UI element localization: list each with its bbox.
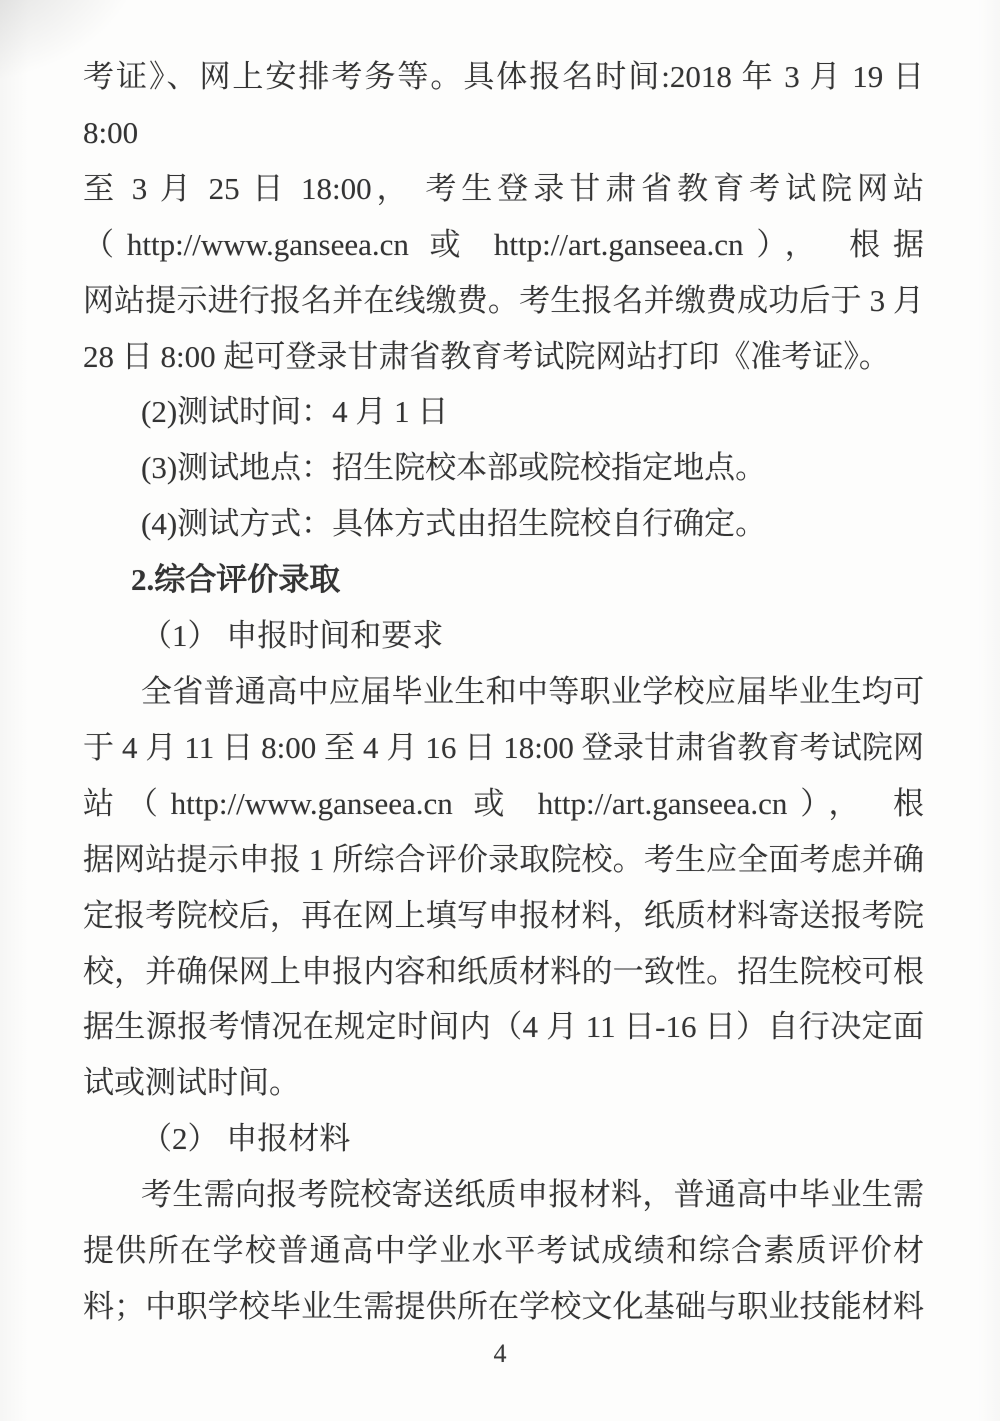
sub-heading: （2） 申报材料 bbox=[83, 1111, 924, 1167]
page-number: 4 bbox=[0, 1338, 1000, 1370]
text-line: 定报考院校后，再在网上填写申报材料，纸质材料寄送报考院 bbox=[83, 888, 924, 944]
text-line: 料；中职学校毕业生需提供所在学校文化基础与职业技能材料 bbox=[83, 1279, 924, 1335]
text-line: 据生源报考情况在规定时间内（4 月 11 日-16 日）自行决定面 bbox=[83, 999, 924, 1055]
list-item: (4)测试方式：具体方式由招生院校自行确定。 bbox=[83, 496, 924, 552]
text-line: 提供所在学校普通高中学业水平考试成绩和综合素质评价材 bbox=[83, 1223, 924, 1279]
text-line: 考证》、网上安排考务等。具体报名时间:2018 年 3 月 19 日 8:00 bbox=[83, 49, 924, 161]
text-line: （http://www.ganseea.cn 或 http://art.gans… bbox=[83, 217, 924, 273]
text-line: 全省普通高中应届毕业生和中等职业学校应届毕业生均可 bbox=[83, 664, 924, 720]
text-line: 28 日 8:00 起可登录甘肃省教育考试院网站打印《准考证》。 bbox=[83, 329, 924, 385]
sub-heading: （1） 申报时间和要求 bbox=[83, 608, 924, 664]
list-item: (3)测试地点：招生院校本部或院校指定地点。 bbox=[83, 440, 924, 496]
text-line: 据网站提示申报 1 所综合评价录取院校。考生应全面考虑并确 bbox=[83, 832, 924, 888]
text-line: 校，并确保网上申报内容和纸质材料的一致性。招生院校可根 bbox=[83, 944, 924, 1000]
text-line: 网站提示进行报名并在线缴费。考生报名并缴费成功后于 3 月 bbox=[83, 273, 924, 329]
document-body: 考证》、网上安排考务等。具体报名时间:2018 年 3 月 19 日 8:00 … bbox=[83, 49, 924, 1335]
document-page: 考证》、网上安排考务等。具体报名时间:2018 年 3 月 19 日 8:00 … bbox=[0, 0, 1000, 1421]
text-line: 试或测试时间。 bbox=[83, 1055, 924, 1111]
section-heading: 2.综合评价录取 bbox=[83, 552, 924, 608]
text-line: 于 4 月 11 日 8:00 至 4 月 16 日 18:00 登录甘肃省教育… bbox=[83, 720, 924, 776]
text-line: 考生需向报考院校寄送纸质申报材料，普通高中毕业生需 bbox=[83, 1167, 924, 1223]
text-line: 至 3 月 25 日 18:00， 考生登录甘肃省教育考试院网站 bbox=[83, 161, 924, 217]
text-line: 站（http://www.ganseea.cn 或 http://art.gan… bbox=[83, 776, 924, 832]
list-item: (2)测试时间：4 月 1 日 bbox=[83, 384, 924, 440]
